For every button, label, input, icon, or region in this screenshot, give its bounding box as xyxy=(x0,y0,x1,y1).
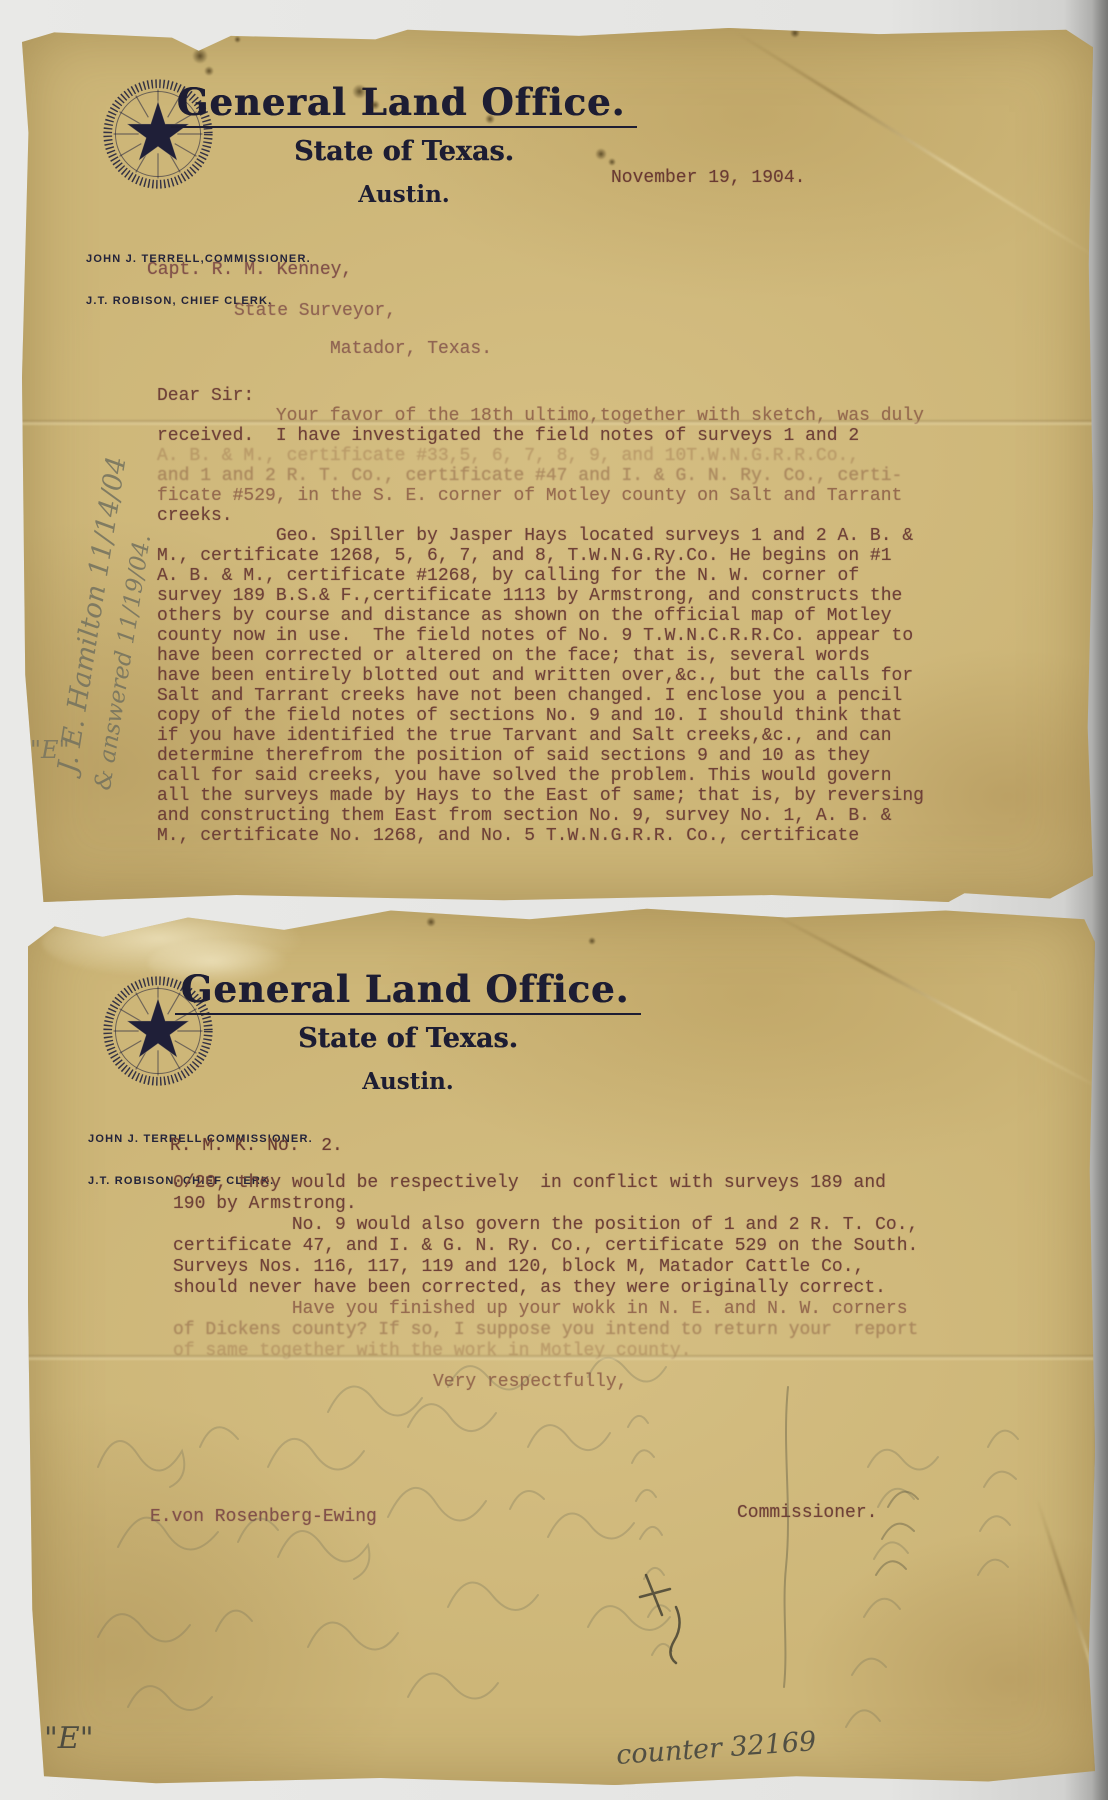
reference-number: R. M. K. No. 2. xyxy=(170,1136,343,1156)
body-line: others by course and distance as shown o… xyxy=(157,606,924,626)
fold-crease xyxy=(28,1355,1095,1361)
fold-crease xyxy=(733,30,1099,260)
letter-page-2: General Land Office. State of Texas. Aus… xyxy=(28,907,1095,1785)
body-line: determine therefrom the position of said… xyxy=(157,746,924,766)
letterhead: General Land Office. State of Texas. Aus… xyxy=(158,967,658,1095)
stain xyxy=(485,114,495,124)
stain xyxy=(204,66,214,76)
stain xyxy=(426,917,436,927)
letter-page-1: General Land Office. State of Texas. Aus… xyxy=(22,28,1093,902)
body-line: Have you finished up your wokk in N. E. … xyxy=(173,1299,918,1320)
body-line: creeks. xyxy=(157,506,924,526)
body-line: 0/20, they would be respectively in conf… xyxy=(173,1173,918,1194)
signature-title: Commissioner. xyxy=(737,1503,877,1523)
body-line: No. 9 would also govern the position of … xyxy=(173,1215,918,1236)
letterhead-office-title: General Land Office. xyxy=(171,80,638,128)
fold-crease xyxy=(769,911,1106,1092)
date-line: November 19, 1904. xyxy=(611,168,805,188)
scanned-letter-photo: { "letterhead": { "office_name": "Genera… xyxy=(0,0,1108,1800)
body-line: county now in use. The field notes of No… xyxy=(157,626,924,646)
body-line: ficate #529, in the S. E. corner of Motl… xyxy=(157,486,924,506)
body-line: received. I have investigated the field … xyxy=(157,426,924,446)
body-line: and 1 and 2 R. T. Co., certificate #47 a… xyxy=(157,466,924,486)
letterhead-city-line: Austin. xyxy=(158,1068,658,1095)
body-line: M., certificate No. 1268, and No. 5 T.W.… xyxy=(157,826,924,846)
salutation: Dear Sir: xyxy=(157,386,254,406)
recipient-title: State Surveyor, xyxy=(234,301,396,321)
recipient-city: Matador, Texas. xyxy=(330,339,492,359)
page1-body: Your favor of the 18th ultimo,together w… xyxy=(157,406,924,846)
letterhead: General Land Office. State of Texas. Aus… xyxy=(154,80,654,208)
body-line: if you have identified the true Tarvant … xyxy=(157,726,924,746)
exhibit-mark: "E" xyxy=(30,736,70,764)
body-line: certificate 47, and I. & G. N. Ry. Co., … xyxy=(173,1236,918,1257)
exhibit-mark: "E" xyxy=(44,1721,94,1756)
body-line: A. B. & M., certificate #33,5, 6, 7, 8, … xyxy=(157,446,924,466)
body-line: survey 189 B.S.& F.,certificate 1113 by … xyxy=(157,586,924,606)
letterhead-state-line: State of Texas. xyxy=(158,1023,658,1054)
letterhead-office-title: General Land Office. xyxy=(175,967,642,1015)
stain xyxy=(595,148,607,160)
stain xyxy=(588,937,596,945)
body-line: and constructing them East from section … xyxy=(157,806,924,826)
signature-name: E.von Rosenberg-Ewing xyxy=(150,1507,377,1527)
fold-crease xyxy=(22,420,1093,426)
body-line: all the surveys made by Hays to the East… xyxy=(157,786,924,806)
body-line: copy of the field notes of sections No. … xyxy=(157,706,924,726)
body-line: Surveys Nos. 116, 117, 119 and 120, bloc… xyxy=(173,1257,918,1278)
stain xyxy=(352,84,367,99)
stain xyxy=(608,158,616,166)
stain xyxy=(790,28,800,38)
closing-line: Very respectfully, xyxy=(433,1372,627,1392)
photo-mat-shadow xyxy=(1092,0,1108,1800)
body-line: 190 by Armstrong. xyxy=(173,1194,918,1215)
page2-body: 0/20, they would be respectively in conf… xyxy=(173,1173,918,1362)
stain xyxy=(234,36,241,43)
letterhead-state-line: State of Texas. xyxy=(154,136,654,167)
body-line: have been corrected or altered on the fa… xyxy=(157,646,924,666)
body-line: call for said creeks, you have solved th… xyxy=(157,766,924,786)
recipient-name: Capt. R. M. Kenney, xyxy=(147,260,352,280)
body-line: A. B. & M., certificate #1268, by callin… xyxy=(157,566,924,586)
body-line: Geo. Spiller by Jasper Hays located surv… xyxy=(157,526,924,546)
stain xyxy=(192,48,208,64)
body-line: have been entirely blotted out and writt… xyxy=(157,666,924,686)
body-line: of Dickens county? If so, I suppose you … xyxy=(173,1320,918,1341)
counter-number-note: counter 32169 xyxy=(615,1726,817,1771)
stain xyxy=(370,100,380,110)
body-line: should never have been corrected, as the… xyxy=(173,1278,918,1299)
body-line: M., certificate 1268, 5, 6, 7, and 8, T.… xyxy=(157,546,924,566)
body-line: Salt and Tarrant creeks have not been ch… xyxy=(157,686,924,706)
letterhead-city-line: Austin. xyxy=(154,181,654,208)
